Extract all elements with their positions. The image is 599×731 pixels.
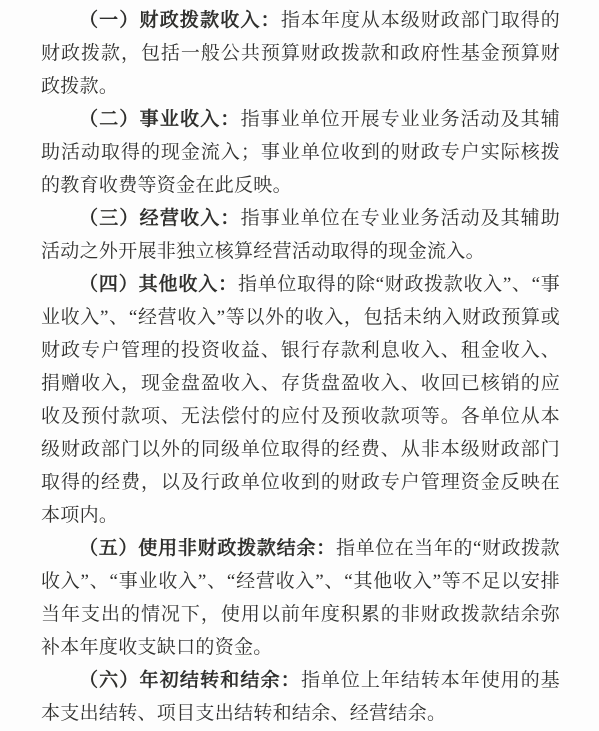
paragraph-term-label: （六）年初结转和结余： xyxy=(79,670,301,691)
definition-paragraph-5: （五）使用非财政拨款结余：指单位在当年的“财政拨款收入”、“事业收入”、“经营收… xyxy=(41,532,560,664)
definition-paragraph-6: （六）年初结转和结余：指单位上年结转本年使用的基本支出结转、项目支出结转和结余、… xyxy=(41,664,560,730)
paragraph-term-label: （二）事业收入： xyxy=(79,109,241,130)
definition-paragraph-1: （一）财政拨款收入：指本年度从本级财政部门取得的财政拨款，包括一般公共预算财政拨… xyxy=(41,4,560,103)
definition-paragraph-3: （三）经营收入：指事业单位在专业业务活动及其辅助活动之外开展非独立核算经营活动取… xyxy=(41,202,560,268)
paragraph-body-text: 指单位取得的除“财政拨款收入”、“事业收入”、“经营收入”等以外的收入，包括未纳… xyxy=(41,274,560,526)
definition-paragraph-2: （二）事业收入：指事业单位开展专业业务活动及其辅助活动取得的现金流入；事业单位收… xyxy=(41,103,560,202)
paragraph-term-label: （五）使用非财政拨款结余： xyxy=(79,538,336,559)
definition-paragraph-4: （四）其他收入：指单位取得的除“财政拨款收入”、“事业收入”、“经营收入”等以外… xyxy=(41,268,560,532)
paragraph-term-label: （四）其他收入： xyxy=(79,274,238,295)
document-page: （一）财政拨款收入：指本年度从本级财政部门取得的财政拨款，包括一般公共预算财政拨… xyxy=(0,0,599,731)
paragraph-term-label: （三）经营收入： xyxy=(79,208,241,229)
paragraph-term-label: （一）财政拨款收入： xyxy=(79,10,281,31)
